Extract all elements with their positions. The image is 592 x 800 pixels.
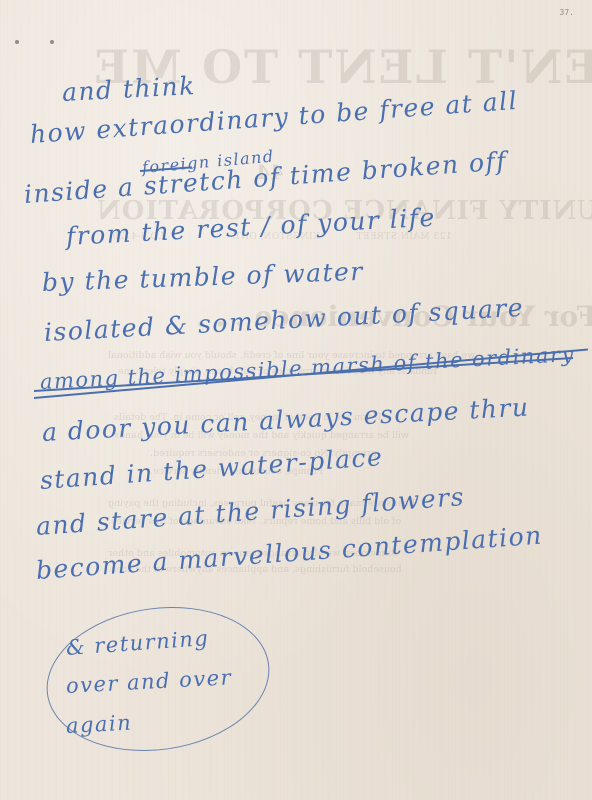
circled-note-line: again — [65, 711, 132, 738]
manuscript-page: HAVEN'T LENT TO ME 44 COMMUNITY FINANCE … — [0, 0, 592, 800]
handwritten-line: from the rest / of your life — [65, 203, 436, 251]
punch-hole — [50, 40, 54, 44]
handwritten-line: by the tumble of water — [41, 257, 364, 297]
handwritten-line: isolated & somehow out of square — [43, 293, 524, 347]
handwritten-line: a door you can always escape thru — [41, 392, 530, 447]
punch-hole — [15, 40, 19, 44]
page-number: 37. — [560, 8, 574, 17]
handwritten-line: and think — [61, 71, 196, 107]
handwritten-line: stand in the water-place — [39, 442, 384, 495]
